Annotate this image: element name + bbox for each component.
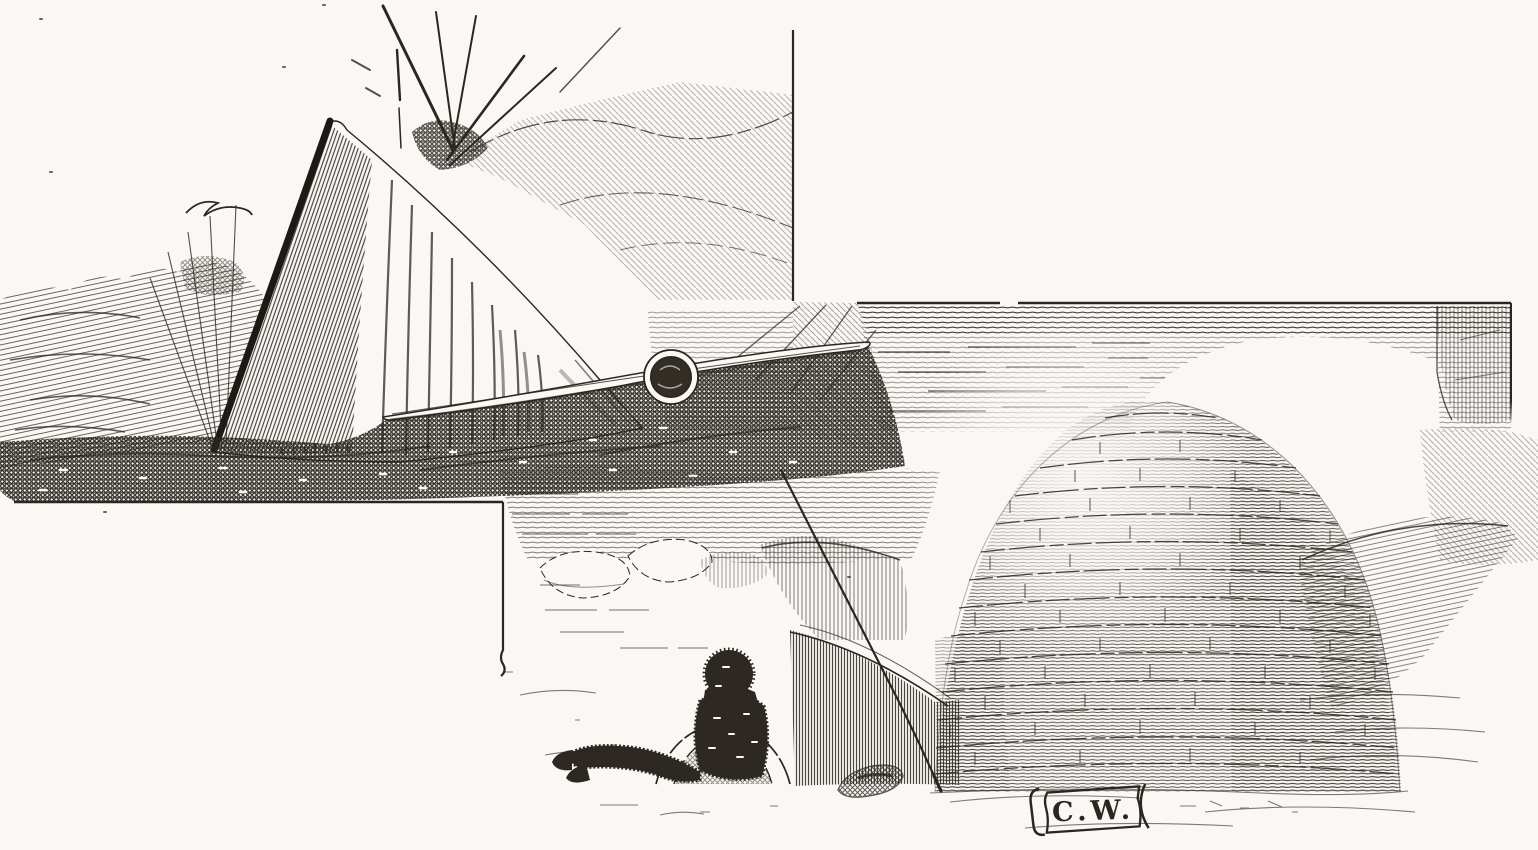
- igloo-entrance-tunnel: [790, 625, 960, 786]
- engraving-illustration: C.W.: [0, 0, 1538, 850]
- floe-shadows: [540, 585, 708, 648]
- ice-floes: [540, 536, 908, 648]
- distant-sea-dense: [858, 304, 1511, 334]
- left-panel-corner-border: [501, 502, 505, 676]
- person-in-fur-clothing: [552, 650, 768, 783]
- engraving-page: C.W.: [0, 0, 1538, 850]
- kayak-cockpit-hoop: [644, 350, 698, 404]
- artist-signature: C.W.: [1052, 795, 1135, 829]
- left-panel-scene: [0, 6, 905, 501]
- person-fur-hood: [705, 650, 753, 698]
- flying-bird: [186, 202, 252, 216]
- sea-water-middle: [500, 466, 940, 564]
